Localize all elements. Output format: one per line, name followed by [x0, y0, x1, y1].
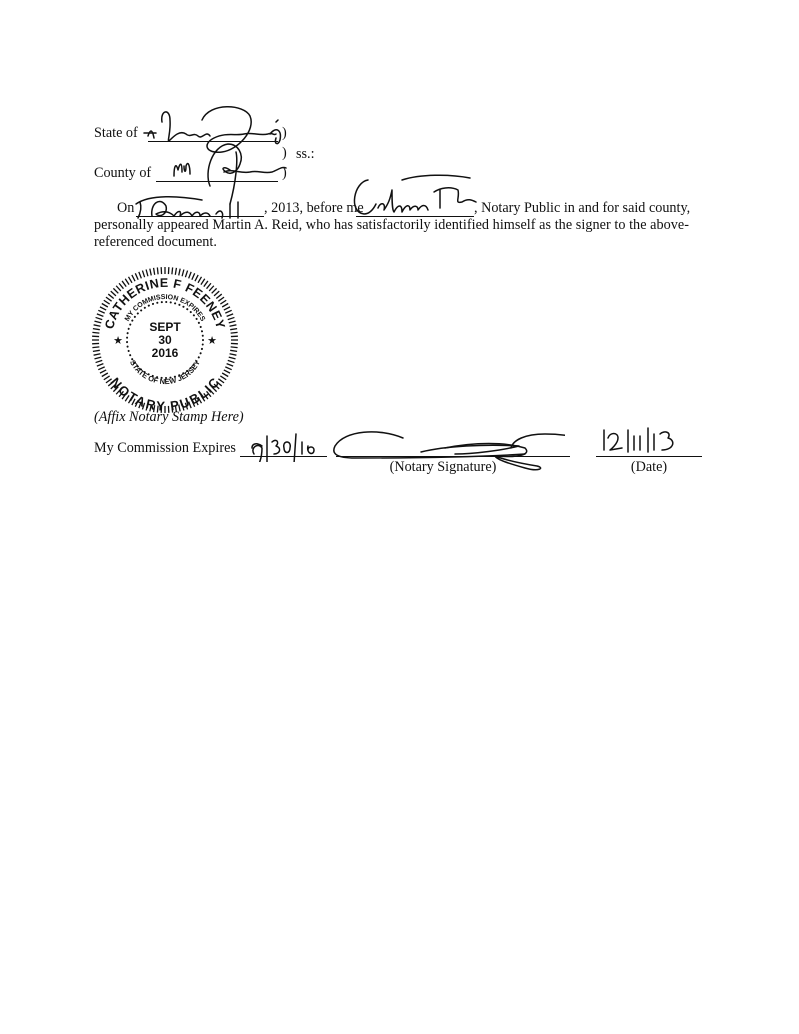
- on-label: On: [117, 200, 134, 217]
- county-label: County of: [94, 165, 151, 182]
- star-right-icon: ★: [207, 335, 217, 347]
- notary-signature-caption: (Notary Signature): [386, 459, 500, 476]
- notary-signature-line: [336, 456, 570, 457]
- state-paren: ): [282, 125, 287, 142]
- county-line: [156, 181, 278, 182]
- acknowledgment-line3: referenced document.: [94, 234, 704, 251]
- stamp-year: 2016: [152, 346, 179, 360]
- stamp-state: STATE OF NEW JERSEY: [128, 358, 202, 386]
- state-line: [148, 141, 278, 142]
- notary-stamp: CATHERINE F FEENEY MY COMMISSION EXPIRES…: [90, 265, 240, 415]
- county-paren: ): [282, 165, 287, 182]
- date-signed-caption: (Date): [610, 459, 688, 476]
- handwriting-date-signed: [596, 424, 706, 458]
- stamp-day: 30: [158, 333, 172, 347]
- star-left-icon: ★: [113, 335, 123, 347]
- ss-label: ss.:: [296, 146, 315, 163]
- line1-tail: , Notary Public in and for said county,: [474, 200, 690, 217]
- stamp-caption: (Affix Notary Stamp Here): [94, 409, 244, 426]
- acknowledgment-paragraph: On , 2013, before me , Notary Public in …: [94, 200, 704, 251]
- notary-name-line: [356, 216, 474, 217]
- commission-expires-line: [240, 456, 327, 457]
- acknowledgment-line2: personally appeared Martin A. Reid, who …: [94, 217, 704, 234]
- ss-paren: ): [282, 145, 287, 162]
- year-text: , 2013, before me: [264, 200, 364, 217]
- handwriting-state-county: [140, 100, 300, 210]
- stamp-month: SEPT: [149, 320, 181, 334]
- date-line: [136, 216, 264, 217]
- date-signed-line: [596, 456, 702, 457]
- commission-label: My Commission Expires: [94, 440, 236, 457]
- state-label: State of: [94, 125, 138, 142]
